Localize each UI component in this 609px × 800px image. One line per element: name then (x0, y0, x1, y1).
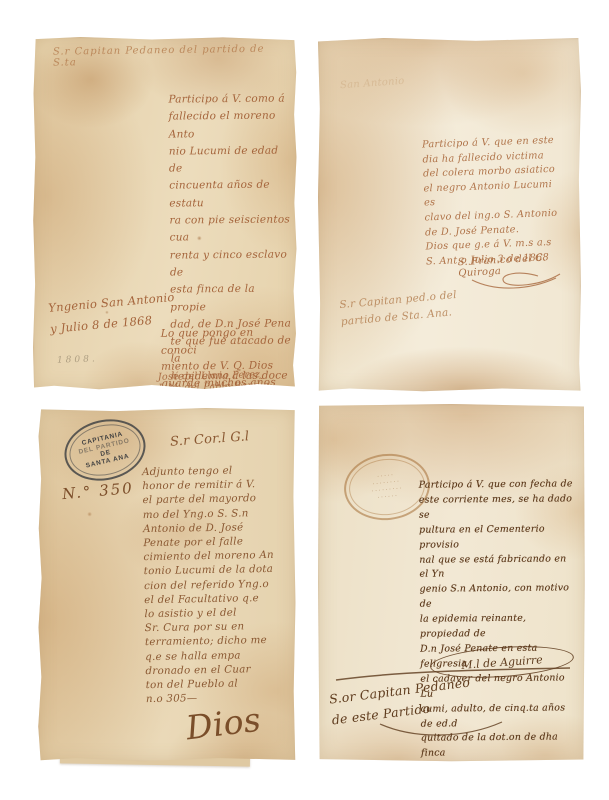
doc2-body-text: Participo á V. que en este dia ha fallec… (422, 134, 568, 270)
document-top-left: S.r Capitan Pedaneo del partido de S.ta … (33, 37, 297, 390)
stamp-inner-ring (64, 418, 145, 483)
document-bottom-right: ····· ········ ········· ······ Particip… (318, 404, 585, 762)
document-top-right: San Antonio Participo á V. que en este d… (318, 38, 581, 392)
address-flourish-icon (376, 718, 506, 742)
doc3-salutation: S.r Cor.l G.l (170, 429, 250, 450)
capitania-santa-ana-stamp: CAPITANIA DEL PARTIDO DE SANTA ANA (58, 412, 151, 489)
doc1-pencil-note: 1808. (57, 354, 98, 365)
stamp-inner-ring (346, 455, 427, 519)
document-bottom-left: CAPITANIA DEL PARTIDO DE SANTA ANA N.° 3… (38, 408, 296, 762)
doc1-signatures: José del Llano Perez J. M. del Pablo Ban… (158, 369, 297, 395)
doc3-file-number: N.° 350 (61, 479, 134, 503)
doc2-faded-header: San Antonio (340, 76, 405, 91)
doc4-body-text: Participo á V. que con fecha de este cor… (419, 477, 576, 791)
doc2-address: S.r Capitan ped.o del partido de Sta. An… (339, 287, 459, 331)
signature-flourish-icon (468, 266, 568, 294)
doc3-body-text: Adjunto tengo el honor de remitir á V. e… (142, 463, 280, 707)
doc1-address-header: S.r Capitan Pedaneo del partido de S.ta (53, 43, 291, 68)
photo-canvas: S.r Capitan Pedaneo del partido de S.ta … (0, 0, 609, 800)
doc3-closing-word: Dios (184, 700, 263, 748)
